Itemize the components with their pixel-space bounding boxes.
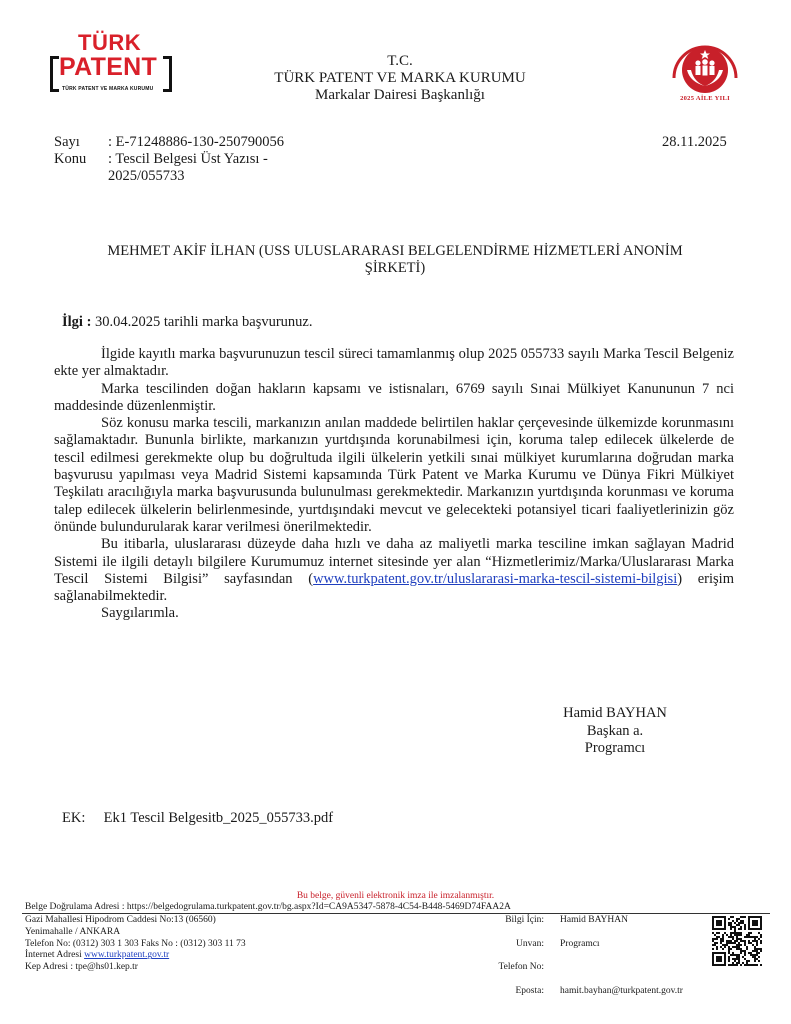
document-meta: Sayı : E-71248886-130-250790056 Konu : T… [54, 134, 284, 185]
logo-bracket-right [163, 56, 172, 92]
letterhead: T.C. TÜRK PATENT VE MARKA KURUMU Markala… [200, 53, 600, 104]
signature-block: Hamid BAYHAN Başkan a. Programcı [540, 705, 690, 758]
konu-label: Konu [54, 151, 108, 168]
contact-row: Bilgi İçin: Hamid BAYHAN [470, 915, 628, 925]
family-year-emblem: 2025 AİLE YILI [660, 38, 750, 108]
contact-row: Unvan: Programcı [470, 939, 600, 949]
attachment-line: EK: Ek1 Tescil Belgesitb_2025_055733.pdf [62, 810, 333, 827]
address-line2: Yenimahalle / ANKARA [25, 927, 246, 939]
paragraph-4: Bu itibarla, uluslararası düzeyde daha h… [54, 536, 734, 605]
header-line3: Markalar Dairesi Başkanlığı [200, 87, 600, 104]
turk-patent-logo: TÜRK PATENT TÜRK PATENT VE MARKA KURUMU [48, 32, 174, 94]
letter-body: İlgide kayıtlı marka başvurunuzun tescil… [54, 346, 734, 623]
address-line1: Gazi Mahallesi Hipodrom Caddesi No:13 (0… [25, 915, 246, 927]
logo-subtitle: TÜRK PATENT VE MARKA KURUMU [62, 86, 153, 92]
verification-address: Belge Doğrulama Adresi : https://belgedo… [25, 902, 511, 912]
sayi-label: Sayı [54, 134, 108, 151]
attachment-file: Ek1 Tescil Belgesitb_2025_055733.pdf [104, 810, 334, 826]
website-link[interactable]: www.turkpatent.gov.tr [84, 950, 169, 960]
closing: Saygılarımla. [54, 605, 734, 622]
addressee: MEHMET AKİF İLHAN (USS ULUSLARARASI BELG… [60, 243, 730, 277]
konu-value-cont: 2025/055733 [108, 168, 185, 185]
logo-line1: TÜRK [78, 32, 141, 54]
signatory-title: Başkan a. [540, 723, 690, 741]
contact-row: Eposta: hamit.bayhan@turkpatent.gov.tr [470, 986, 683, 996]
web-address: İnternet Adresi www.turkpatent.gov.tr [25, 950, 246, 962]
header-line1: T.C. [200, 53, 600, 70]
attachment-label: EK: [62, 810, 100, 827]
family-hands-icon [660, 38, 750, 96]
signatory-name: Hamid BAYHAN [540, 705, 690, 723]
paragraph-3: Söz konusu marka tescili, markanızın anı… [54, 415, 734, 536]
reference-text: 30.04.2025 tarihli marka başvurunuz. [91, 314, 312, 330]
reference-line: İlgi : 30.04.2025 tarihli marka başvurun… [62, 314, 312, 331]
addressee-line1: MEHMET AKİF İLHAN (USS ULUSLARARASI BELG… [60, 243, 730, 260]
logo-bracket-left [50, 56, 59, 92]
addressee-line2: ŞİRKETİ) [60, 260, 730, 277]
konu-value: : Tescil Belgesi Üst Yazısı - [108, 151, 268, 168]
document-date: 28.11.2025 [662, 134, 727, 151]
paragraph-1: İlgide kayıtlı marka başvurunuzun tescil… [54, 346, 734, 381]
kep-address: Kep Adresi : tpe@hs01.kep.tr [25, 962, 246, 974]
sayi-value: : E-71248886-130-250790056 [108, 134, 284, 151]
phone-fax: Telefon No: (0312) 303 1 303 Faks No : (… [25, 939, 246, 951]
qr-code-icon [712, 916, 762, 966]
footer-address: Gazi Mahallesi Hipodrom Caddesi No:13 (0… [25, 915, 246, 974]
header-line2: TÜRK PATENT VE MARKA KURUMU [200, 70, 600, 87]
signatory-role: Programcı [540, 740, 690, 758]
emblem-label: 2025 AİLE YILI [660, 95, 750, 102]
madrid-info-link[interactable]: www.turkpatent.gov.tr/uluslararasi-marka… [313, 571, 677, 587]
logo-line2: PATENT [59, 54, 157, 80]
contact-row: Telefon No: [470, 962, 560, 972]
esign-notice: Bu belge, güvenli elektronik imza ile im… [0, 891, 791, 901]
reference-label: İlgi : [62, 314, 91, 330]
footer-divider [22, 913, 770, 914]
paragraph-2: Marka tescilinden doğan hakların kapsamı… [54, 381, 734, 416]
